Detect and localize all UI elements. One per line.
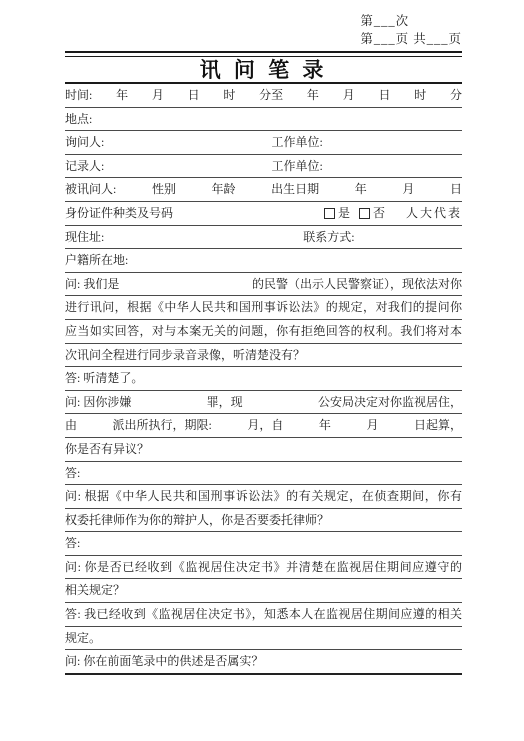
field-label: 联系方式:	[303, 226, 354, 249]
field-label: 月	[343, 84, 355, 107]
checkbox-group: 是否人大代表	[324, 202, 462, 225]
field-label: 由	[65, 414, 77, 437]
form-row: 答:	[65, 532, 462, 556]
field-label: 问: 我们是	[65, 273, 119, 296]
field-label: 年	[116, 84, 128, 107]
row-text: 问: 你是否已经收到《监视居住决定书》并清楚在监视居住期间应遵守的	[65, 560, 462, 574]
form-row: 户籍所在地:	[65, 249, 462, 273]
row-text: 规定。	[65, 631, 101, 645]
form-row: 问: 你是否已经收到《监视居住决定书》并清楚在监视居住期间应遵守的	[65, 556, 462, 580]
checkbox-icon	[359, 208, 370, 219]
field-label: 时	[414, 84, 426, 107]
field-label: 分	[450, 84, 462, 107]
field-label: 性别	[152, 178, 176, 201]
form-row: 应当如实回答，对与本案无关的问题，你有拒绝回答的权利。我们将对本	[65, 320, 462, 344]
document-title: 讯 问 笔 录	[65, 57, 462, 82]
form-row: 相关规定？	[65, 579, 462, 603]
form-row: 进行讯问，根据《中华人民共和国刑事诉讼法》的规定，对我们的提问你	[65, 296, 462, 320]
field-label: 月	[402, 178, 414, 201]
row-text: 应当如实回答，对与本案无关的问题，你有拒绝回答的权利。我们将对本	[65, 324, 462, 338]
form-row: 问: 根据《中华人民共和国刑事诉讼法》的有关规定，在侦查期间，你有	[65, 485, 462, 509]
field-label: 的民警（出示人民警察证），现依法对你	[252, 273, 462, 296]
row-text: 相关规定？	[65, 583, 125, 597]
form-row: 时间:年月日时分至年月日时分	[65, 84, 462, 108]
field-label: 日起算，	[414, 414, 462, 437]
field-label: 出生日期	[271, 178, 319, 201]
session-count-line: 第___次	[360, 12, 462, 30]
field-label: 派出所执行，期限:	[113, 414, 212, 437]
field-label: 年	[355, 178, 367, 201]
form-row: 现住址:联系方式:	[65, 226, 462, 250]
row-text: 权委托律师作为你的辩护人，你是否要委托律师？	[65, 513, 329, 527]
form-row: 问: 因你涉嫌罪，现公安局决定对你监视居住，	[65, 391, 462, 415]
form-row: 询问人:工作单位:	[65, 131, 462, 155]
field-label: 年	[307, 84, 319, 107]
field-label: 询问人:	[65, 135, 104, 149]
checkbox-icon	[324, 208, 335, 219]
field-label: 身份证件种类及号码	[65, 202, 173, 225]
row-text: 答:	[65, 466, 80, 480]
field-label: 时间:	[65, 84, 92, 107]
row-text: 问: 根据《中华人民共和国刑事诉讼法》的有关规定，在侦查期间，你有	[65, 489, 462, 503]
field-label: 日	[378, 84, 390, 107]
form-row: 记录人:工作单位:	[65, 155, 462, 179]
field-label: 被讯问人:	[65, 178, 116, 201]
form-row: 被讯问人:性别年龄出生日期年月日	[65, 178, 462, 202]
form-row: 规定。	[65, 627, 462, 651]
field-label: 罪，现	[207, 391, 243, 414]
form-row: 答: 我已经收到《监视居住决定书》，知悉本人在监视居住期间应遵的相关	[65, 603, 462, 627]
row-text: 进行讯问，根据《中华人民共和国刑事诉讼法》的规定，对我们的提问你	[65, 300, 462, 314]
field-label: 工作单位:	[271, 131, 322, 154]
checkbox-yes: 是	[324, 202, 350, 225]
field-label: 月	[366, 414, 378, 437]
row-text: 答:	[65, 536, 80, 550]
row-text: 次讯问全程进行同步录音录像，听清楚没有？	[65, 348, 305, 362]
form-row: 地点:	[65, 108, 462, 132]
form-row: 答:	[65, 462, 462, 486]
document-page: 第___次 第___页 共___页 讯 问 笔 录 时间:年月日时分至年月日时分…	[0, 0, 524, 741]
checkbox-no: 否	[359, 202, 385, 225]
field-label: 公安局决定对你监视居住，	[318, 391, 462, 414]
form-row: 问: 你在前面笔录中的供述是否属实？	[65, 650, 462, 675]
form-row: 由派出所执行，期限:月，自年月日起算，	[65, 414, 462, 438]
field-label: 月，自	[247, 414, 283, 437]
form-row: 身份证件种类及号码是否人大代表	[65, 202, 462, 226]
field-label: 现住址:	[65, 230, 104, 244]
row-text: 你是否有异议？	[65, 442, 149, 456]
form-row: 你是否有异议？	[65, 438, 462, 462]
field-label: 问: 因你涉嫌	[65, 391, 131, 414]
field-label: 时	[223, 84, 235, 107]
check-suffix-label: 人大代表	[406, 202, 462, 225]
field-label: 工作单位:	[271, 155, 322, 178]
field-label: 月	[152, 84, 164, 107]
row-text: 地点:	[65, 112, 92, 126]
field-label: 年	[319, 414, 331, 437]
row-text: 户籍所在地:	[65, 253, 128, 267]
form-row: 答: 听清楚了。	[65, 367, 462, 391]
row-text: 答: 听清楚了。	[65, 371, 143, 385]
form-row: 次讯问全程进行同步录音录像，听清楚没有？	[65, 344, 462, 368]
field-label: 日	[188, 84, 200, 107]
field-label: 记录人:	[65, 159, 104, 173]
field-label: 年龄	[212, 178, 236, 201]
form-row: 权委托律师作为你的辩护人，你是否要委托律师？	[65, 509, 462, 533]
row-text: 问: 你在前面笔录中的供述是否属实？	[65, 654, 263, 668]
page-numbering: 第___次 第___页 共___页	[360, 12, 462, 48]
page-count-line: 第___页 共___页	[360, 30, 462, 48]
form-rows: 时间:年月日时分至年月日时分地点:询问人:工作单位:记录人:工作单位:被讯问人:…	[65, 84, 462, 675]
row-text: 答: 我已经收到《监视居住决定书》，知悉本人在监视居住期间应遵的相关	[65, 607, 462, 621]
field-label: 日	[450, 178, 462, 201]
field-label: 分至	[259, 84, 283, 107]
document-content: 第___次 第___页 共___页 讯 问 笔 录 时间:年月日时分至年月日时分…	[65, 0, 462, 675]
form-row: 问: 我们是的民警（出示人民警察证），现依法对你	[65, 273, 462, 297]
